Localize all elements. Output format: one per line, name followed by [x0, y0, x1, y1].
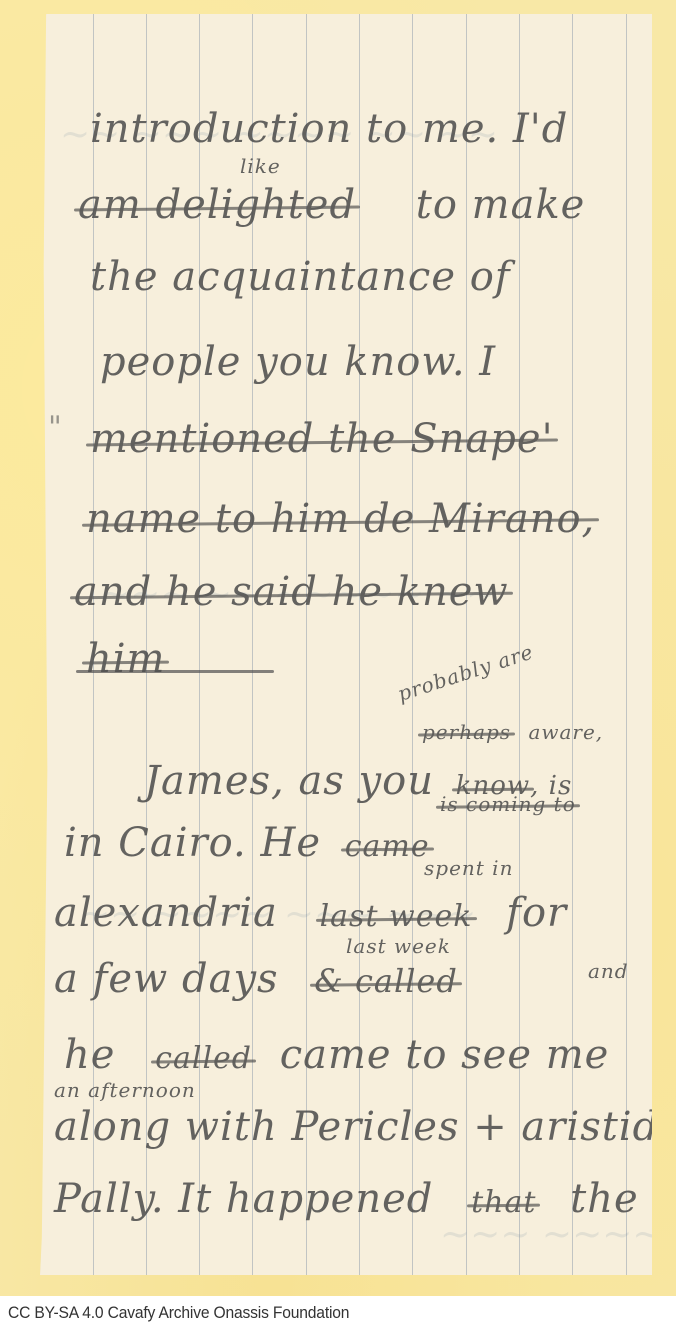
- handwritten-line-11: alexandria last week for: [54, 890, 567, 936]
- struck-text: am delighted: [78, 182, 356, 228]
- interlinear-insertion: like: [240, 154, 281, 178]
- interlinear-insertion: spent in: [424, 856, 513, 880]
- handwritten-line-15: Pally. It happened that the: [54, 1176, 639, 1222]
- margin-mark: ": [48, 410, 63, 445]
- marginal-insertion: perhaps aware,: [422, 720, 603, 744]
- struck-text: mentioned the Snape': [90, 416, 554, 462]
- handwritten-line-12: a few days & called: [54, 956, 458, 1002]
- handwritten-line-8: him: [86, 636, 165, 682]
- interlinear-insertion: is coming to: [440, 792, 576, 816]
- handwritten-line-6: name to him de Mirano,: [86, 496, 595, 542]
- strike-through-stroke: [76, 670, 274, 673]
- marginal-insertion: and: [588, 959, 629, 983]
- struck-text: last week: [320, 899, 473, 934]
- struck-text: perhaps: [422, 720, 511, 744]
- handwritten-line-7: and he said he knew: [74, 569, 509, 615]
- ruled-line: [626, 14, 627, 1275]
- struck-text: him: [86, 636, 165, 682]
- handwritten-line-13: he called came to see me: [64, 1032, 609, 1078]
- interlinear-insertion: last week: [346, 934, 451, 958]
- handwritten-line-1: introduction to me. I'd: [90, 106, 568, 152]
- handwritten-line-5: mentioned the Snape': [90, 416, 554, 462]
- struck-text: that: [471, 1185, 536, 1220]
- struck-text: name to him de Mirano,: [86, 496, 595, 542]
- license-caption: CC BY-SA 4.0 Cavafy Archive Onassis Foun…: [8, 1303, 349, 1323]
- handwritten-line-2: am delighted to make: [78, 182, 585, 228]
- interlinear-insertion: an afternoon: [54, 1078, 196, 1102]
- handwritten-line-4: people you know. I: [100, 339, 496, 385]
- letter-sheet: ~~ ~~~ ~~~~ ~~ ~~ ~~~ ~~ ~~~~~ ~~ ~~ ~~~…: [40, 14, 652, 1275]
- struck-text: and he said he knew: [74, 569, 509, 615]
- handwritten-line-3: the acquaintance of: [90, 254, 511, 300]
- handwritten-line-10: in Cairo. He came: [64, 820, 430, 866]
- struck-text: called: [155, 1041, 252, 1076]
- struck-text: & called: [314, 962, 458, 1000]
- struck-text: is coming to: [440, 792, 576, 816]
- handwritten-line-14: along with Pericles + aristidi: [54, 1104, 673, 1150]
- struck-text: came: [345, 829, 430, 864]
